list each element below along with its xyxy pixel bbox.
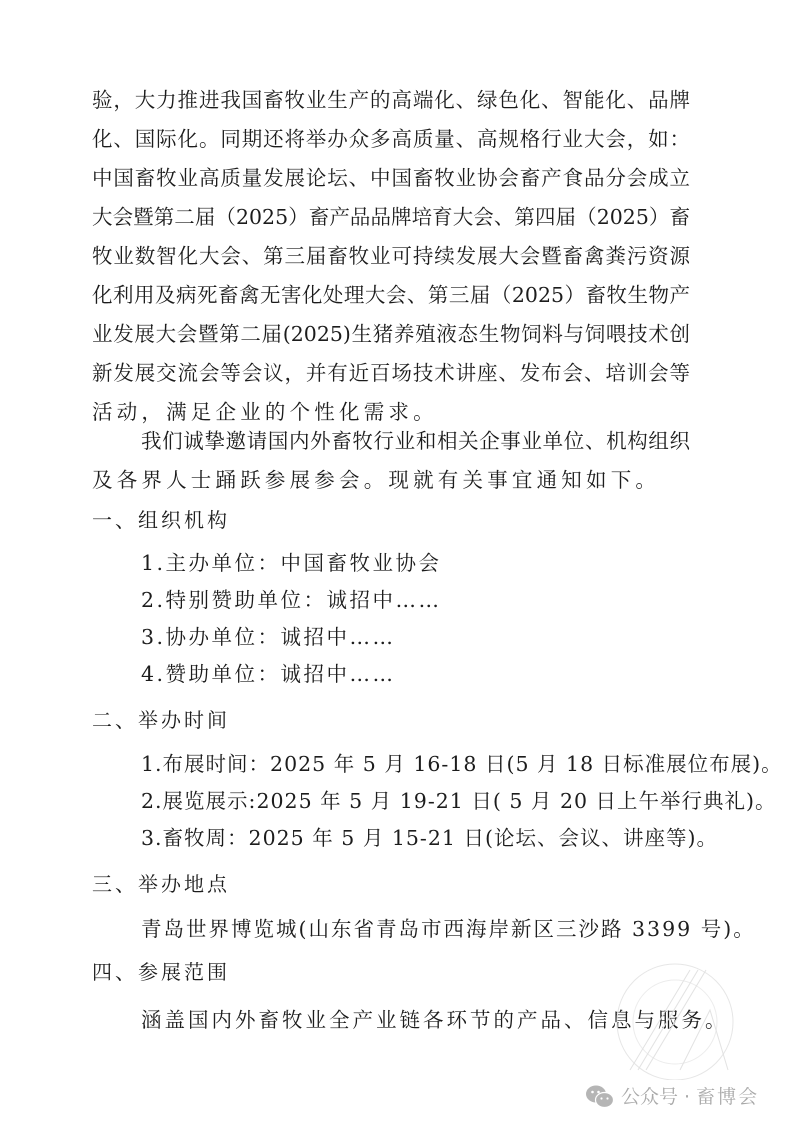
invitation-line: 及各界人士踊跃参展参会。现就有关事宜通知如下。 [92,465,702,495]
intro-line: 大会暨第二届（2025）畜产品品牌培育大会、第四届（2025）畜 [92,202,690,232]
intro-line: 验，大力推进我国畜牧业生产的高端化、绿色化、智能化、品牌 [92,85,690,115]
intro-line: 化利用及病死畜禽无害化处理大会、第三届（2025）畜牧生物产 [92,280,690,310]
venue-address: 青岛世界博览城(山东省青岛市西海岸新区三沙路 3399 号)。 [141,914,751,944]
intro-line: 业发展大会暨第二届(2025)生猪养殖液态生物饲料与饲喂技术创 [92,319,690,349]
intro-line: 化、国际化。同期还将举办众多高质量、高规格行业大会，如： [92,124,690,154]
time-item: 3.畜牧周：2025 年 5 月 15-21 日(论坛、会议、讲座等)。 [141,823,751,853]
intro-line: 中国畜牧业高质量发展论坛、中国畜牧业协会畜产食品分会成立 [92,163,690,193]
watermark-account-name: 畜博会 [696,1082,759,1112]
section-heading-time: 二、举办时间 [92,705,702,735]
invitation-line: 我们诚挚邀请国内外畜牧行业和相关企事业单位、机构组织 [141,426,690,456]
wechat-official-account-watermark: 公众号 · 畜博会 [585,1082,759,1112]
watermark-separator: · [684,1082,690,1112]
section-heading-organization: 一、组织机构 [92,505,702,535]
intro-line: 新发展交流会等会议，并有近百场技术讲座、发布会、培训会等 [92,358,690,388]
wechat-icon [585,1084,615,1110]
organization-item: 4.赞助单位：诚招中…… [141,659,751,689]
intro-line: 牧业数智化大会、第三届畜牧业可持续发展大会暨畜禽粪污资源 [92,241,690,271]
association-logo-watermark-icon [610,960,740,1080]
time-item: 2.展览展示:2025 年 5 月 19-21 日( 5 月 20 日上午举行典… [141,786,751,816]
document-page: 验，大力推进我国畜牧业生产的高端化、绿色化、智能化、品牌 化、国际化。同期还将举… [0,0,800,1131]
intro-line: 活动，满足企业的个性化需求。 [92,397,702,427]
organization-item: 3.协办单位：诚招中…… [141,622,751,652]
organization-item: 1.主办单位：中国畜牧业协会 [141,548,751,578]
section-heading-venue: 三、举办地点 [92,869,702,899]
time-item: 1.布展时间：2025 年 5 月 16-18 日(5 月 18 日标准展位布展… [141,749,751,779]
watermark-source-label: 公众号 [621,1082,678,1112]
organization-item: 2.特别赞助单位：诚招中…… [141,585,751,615]
